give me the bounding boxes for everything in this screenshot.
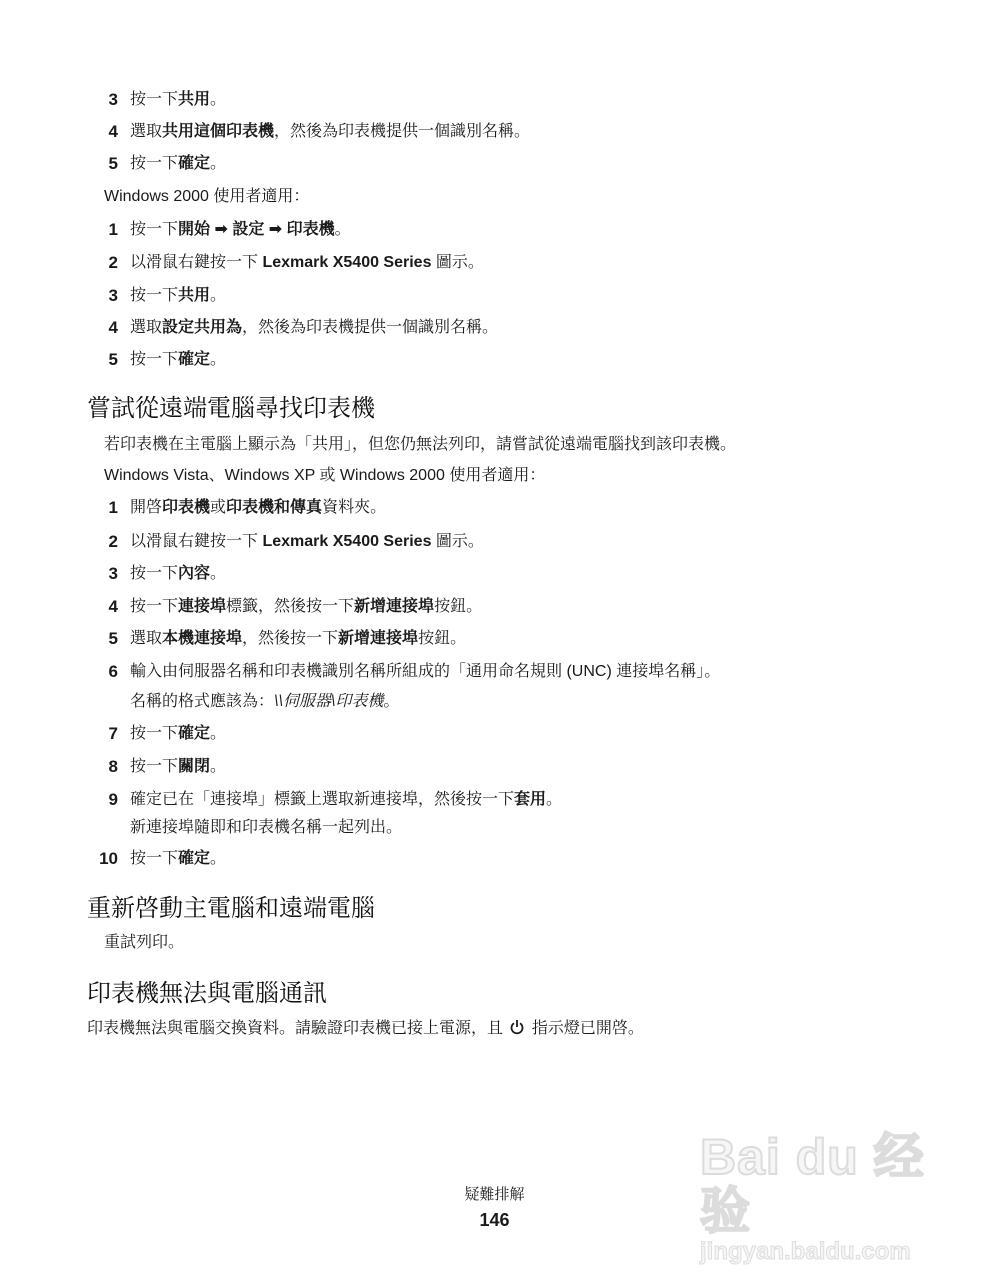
remote-intro: 若印表機在主電腦上顯示為「共用」，但您仍無法列印，請嘗試從遠端電腦找到該印表機。 [104, 435, 736, 455]
watermark-logo: Bai du 经验 [700, 1130, 940, 1238]
arrow-right-icon: ➡ [210, 221, 232, 238]
section-heading-communication: 印表機無法與電腦通訊 [87, 980, 327, 1008]
section-heading-restart: 重新啓動主電腦和遠端電腦 [87, 895, 375, 923]
section-heading-remote: 嘗試從遠端電腦尋找印表機 [87, 395, 375, 423]
power-icon [510, 1019, 524, 1041]
baidu-watermark: Bai du 经验 jingyan.baidu.com [700, 1130, 940, 1245]
remote-os-label: Windows Vista、Windows XP 或 Windows 2000 … [104, 466, 545, 486]
communication-body: 印表機無法與電腦交換資料。請驗證印表機已接上電源，且 指示燈已開啓。 [87, 1019, 644, 1041]
watermark-url: jingyan.baidu.com [700, 1238, 940, 1266]
win2000-label: Windows 2000 使用者適用： [104, 187, 309, 207]
arrow-right-icon: ➡ [264, 221, 286, 238]
restart-body: 重試列印。 [104, 933, 184, 953]
